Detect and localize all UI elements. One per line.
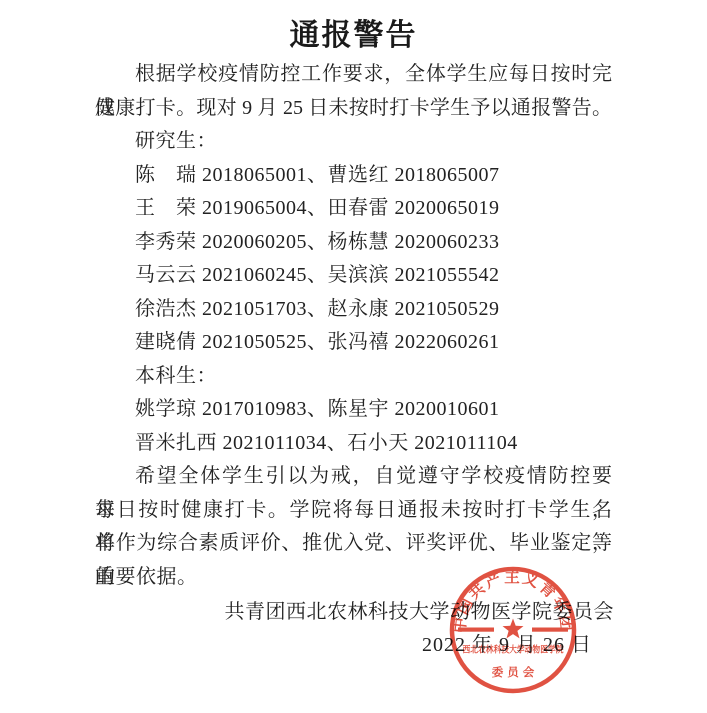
body-line: 姚学琼 2017010983、陈星宇 2020010601 xyxy=(95,393,612,427)
body-line: 将作为综合素质评价、推优入党、评奖评优、毕业鉴定等的 xyxy=(95,527,612,561)
body-line: 本科生： xyxy=(95,360,612,394)
body-line: 建晓倩 2021050525、张冯禧 2022060261 xyxy=(95,326,612,360)
body-line: 健康打卡。现对 9 月 25 日未按时打卡学生予以通报警告。 xyxy=(95,92,612,126)
body-line: 研究生： xyxy=(95,125,612,159)
body-line: 重要依据。 xyxy=(95,561,612,595)
body-line: 徐浩杰 2021051703、赵永康 2021050529 xyxy=(95,293,612,327)
body-line: 希望全体学生引以为戒，自觉遵守学校疫情防控要求， xyxy=(95,460,612,494)
body-line: 马云云 2021060245、吴滨滨 2021055542 xyxy=(95,259,612,293)
notice-body: 根据学校疫情防控工作要求，全体学生应每日按时完成健康打卡。现对 9 月 25 日… xyxy=(95,58,612,594)
body-line: 晋米扎西 2021011034、石小天 2021011104 xyxy=(95,427,612,461)
body-line: 王 荣 2019065004、田春雷 2020065019 xyxy=(95,192,612,226)
signature-org: 共青团西北农林科技大学动物医学院委员会 xyxy=(225,595,615,629)
seal-committee-label: 委员会 xyxy=(492,665,539,679)
body-line: 根据学校疫情防控工作要求，全体学生应每日按时完成 xyxy=(95,58,612,92)
body-line: 每日按时健康打卡。学院将每日通报未按时打卡学生名单， xyxy=(95,494,612,528)
body-line: 李秀荣 2020060205、杨栋慧 2020060233 xyxy=(95,226,612,260)
notice-document: 通报警告 根据学校疫情防控工作要求，全体学生应每日按时完成健康打卡。现对 9 月… xyxy=(0,0,707,713)
page-title: 通报警告 xyxy=(0,10,707,54)
body-line: 陈 瑞 2018065001、曹选红 2018065007 xyxy=(95,159,612,193)
signature-date: 2022 年 9 月 26 日 xyxy=(422,628,592,662)
